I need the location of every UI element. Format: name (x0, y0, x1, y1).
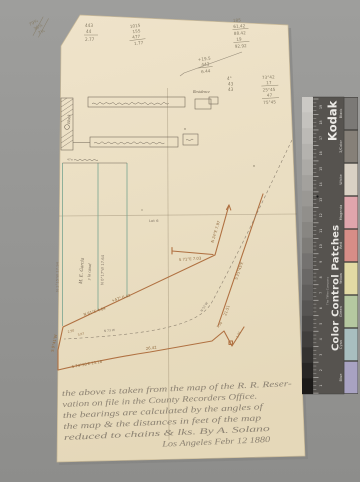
ruler-number: 1 (319, 385, 323, 387)
area-label: 47a (67, 158, 73, 162)
strip-small-print: The Tiffen Company (326, 277, 330, 306)
bearing-label: N 1°15'W 17.94 (55, 261, 60, 292)
archival-photo: 79¾ 36¼ 7¼ 443 44 2.77 1015 155 477 1.77… (0, 0, 360, 482)
grayscale-step (302, 331, 313, 347)
residence-label: Residence (192, 89, 210, 94)
color-patch (344, 230, 357, 262)
kodak-color-control-strip: 19181716151413121110987654321 Black3/Col… (302, 97, 358, 394)
color-patch (344, 296, 357, 328)
scan-canvas: 79¾ 36¼ 7¼ 443 44 2.77 1015 155 477 1.77… (0, 0, 360, 482)
bearing-label: N 0°17'W 17.64 (100, 254, 106, 285)
ruler-number: 18 (319, 120, 323, 124)
color-patch (344, 164, 357, 196)
patch-label: Blue (339, 373, 343, 382)
svg-text:19: 19 (236, 36, 242, 41)
grayscale-step (302, 144, 313, 160)
ruler-number: 10 (319, 244, 323, 248)
color-patch (344, 329, 357, 361)
color-patch (344, 197, 357, 229)
ruler-number: 3 (319, 354, 323, 356)
grayscale-step (302, 285, 313, 301)
ruler-number: 9 (319, 261, 323, 263)
kodak-brand-text: Kodak (326, 100, 340, 141)
grayscale-step (302, 378, 313, 394)
svg-text:4°: 4° (227, 76, 232, 81)
svg-text:185: 185 (233, 17, 242, 23)
grayscale-step (302, 206, 313, 222)
ruler-number: 14 (319, 182, 323, 186)
svg-text:73°42: 73°42 (262, 74, 275, 80)
grayscale-step (302, 363, 313, 379)
patch-label: 3/Color (339, 140, 343, 153)
grayscale-step (302, 253, 313, 269)
grayscale-step (302, 160, 313, 176)
pencil-speck (253, 165, 254, 166)
patch-label: White (339, 173, 343, 184)
grayscale-step (302, 97, 313, 113)
svg-text:61.42: 61.42 (233, 23, 246, 29)
svg-text:47: 47 (267, 92, 273, 97)
ruler-number: 12 (319, 213, 323, 217)
ruler-number: 16 (319, 151, 323, 155)
svg-text:43: 43 (228, 87, 234, 92)
grayscale-step (302, 113, 313, 129)
color-patch (344, 263, 357, 295)
ruler-number: 5 (319, 323, 323, 325)
svg-text:92.92: 92.92 (235, 43, 248, 49)
grayscale-step (302, 222, 313, 238)
ruler-number: 2 (319, 369, 323, 371)
ruler-number: 19 (319, 105, 323, 109)
grayscale-step (302, 191, 313, 207)
grayscale-step (302, 128, 313, 144)
svg-text:17: 17 (266, 80, 272, 85)
ruler-number: 4 (319, 338, 323, 340)
svg-text:477: 477 (132, 34, 141, 40)
color-patch (344, 131, 357, 163)
ruler-number: 6 (319, 307, 323, 309)
grayscale-step (302, 347, 313, 363)
color-patches (344, 97, 358, 394)
ruler-number: 7 (319, 292, 323, 294)
svg-text:6.44: 6.44 (201, 68, 211, 74)
patch-label: Black (339, 108, 343, 119)
color-patch (344, 362, 357, 394)
pencil-speck (184, 128, 185, 129)
ruler-number: 13 (319, 198, 323, 202)
lot-label: Lot 6 (149, 218, 159, 223)
svg-text:25°45: 25°45 (262, 87, 275, 93)
patch-label: Magenta (339, 205, 343, 221)
ruler-number: 17 (319, 136, 323, 140)
grayscale-step (302, 175, 313, 191)
svg-text:44: 44 (86, 29, 92, 34)
color-patch (344, 98, 357, 130)
grayscale-step (302, 300, 313, 316)
grayscale-step (302, 269, 313, 285)
ruler-number: 11 (319, 229, 323, 233)
ink-dot (316, 195, 318, 197)
strip-title-text: Color Control Patches (331, 225, 342, 351)
svg-text:2.77: 2.77 (85, 37, 95, 42)
svg-text:88.42: 88.42 (234, 30, 247, 36)
ruler-number: 15 (319, 167, 323, 171)
svg-text:75°45: 75°45 (263, 99, 276, 105)
grayscale-step (302, 238, 313, 254)
grayscale-step (302, 316, 313, 332)
ruler-number: 8 (319, 276, 323, 278)
svg-text:43: 43 (228, 82, 234, 87)
svg-text:443: 443 (85, 23, 93, 28)
block-label: Block (66, 114, 71, 124)
pencil-speck (141, 209, 142, 210)
grayscale-wedge (302, 97, 313, 394)
